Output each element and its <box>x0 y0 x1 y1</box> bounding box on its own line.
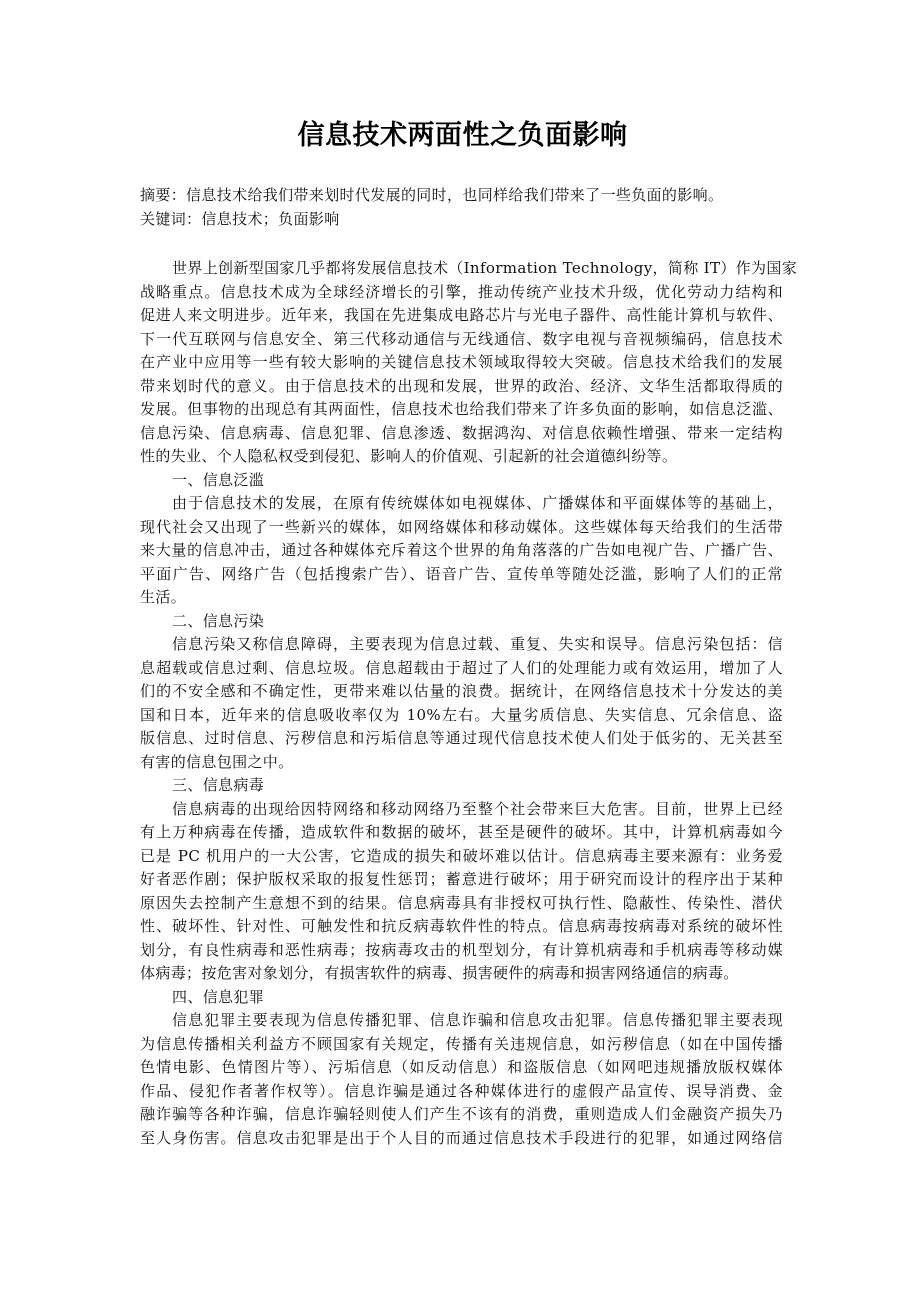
paragraph-line: 世界上创新型国家几乎都将发展信息技术（Information Technolog… <box>140 257 783 281</box>
paragraph-line: 现代社会又出现了一些新兴的媒体，如网络媒体和移动媒体。这些媒体每天给我们的生活带 <box>140 516 783 540</box>
document-title: 信息技术两面性之负面影响 <box>140 116 785 156</box>
paragraph-line: 下一代互联网与信息安全、第三代移动通信与无线通信、数字电视与音视频编码，信息技术 <box>140 328 783 352</box>
paragraph-line: 国和日本，近年来的信息吸收率仅为 10%左右。大量劣质信息、失实信息、冗余信息、… <box>140 704 783 728</box>
paragraph-line: 融诈骗等各种诈骗，信息诈骗轻则使人们产生不该有的消费，重则造成人们金融资产损失乃 <box>140 1103 783 1127</box>
paragraph-line: 信息犯罪主要表现为信息传播犯罪、信息诈骗和信息攻击犯罪。信息传播犯罪主要表现 <box>140 1009 783 1033</box>
keywords: 关键词：信息技术；负面影响 <box>140 208 800 232</box>
paragraph-line: 促进人来文明进步。近年来，我国在先进集成电路芯片与光电子器件、高性能计算机与软件… <box>140 304 783 328</box>
section-heading: 一、信息泛滥 <box>140 469 800 493</box>
paragraph-line: 带来划时代的意义。由于信息技术的出现和发展，世界的政治、经济、文华生活都取得质的 <box>140 375 783 399</box>
paragraph-line: 生活。 <box>140 586 800 610</box>
paragraph-line: 息超载或信息过剩、信息垃圾。信息超载由于超过了人们的处理能力或有效运用，增加了人 <box>140 657 783 681</box>
paragraph-line: 好者恶作剧；保护版权采取的报复性惩罚；蓄意进行破坏；用于研究而设计的程序出于某种 <box>140 868 783 892</box>
abstract: 摘要：信息技术给我们带来划时代发展的同时，也同样给我们带来了一些负面的影响。 <box>140 184 800 208</box>
paragraph-line: 版信息、过时信息、污秽信息和污垢信息等通过现代信息技术使人们处于低劣的、无关甚至 <box>140 727 783 751</box>
paragraph-line: 在产业中应用等一些有较大影响的关键信息技术领域取得较大突破。信息技术给我们的发展 <box>140 351 783 375</box>
paragraph-line: 作品、侵犯作者著作权等）。信息诈骗是通过各种媒体进行的虚假产品宣传、误导消费、金 <box>140 1080 783 1104</box>
paragraph-line: 信息污染又称信息障碍，主要表现为信息过载、重复、失实和误导。信息污染包括：信 <box>140 633 783 657</box>
section-heading: 二、信息污染 <box>140 610 800 634</box>
paragraph-line: 划分，有良性病毒和恶性病毒；按病毒攻击的机型划分，有计算机病毒和手机病毒等移动媒 <box>140 939 783 963</box>
paragraph-line: 至人身伤害。信息攻击犯罪是出于个人目的而通过信息技术手段进行的犯罪，如通过网络信 <box>140 1127 783 1151</box>
paragraph-line: 战略重点。信息技术成为全球经济增长的引擎，推动传统产业技术升级，优化劳动力结构和 <box>140 281 783 305</box>
section-heading: 三、信息病毒 <box>140 774 800 798</box>
paragraph-line: 由于信息技术的发展，在原有传统媒体如电视媒体、广播媒体和平面媒体等的基础上， <box>140 492 783 516</box>
paragraph-line: 色情电影、色情图片等）、污垢信息（如反动信息）和盗版信息（如网吧违规播放版权媒体 <box>140 1056 783 1080</box>
paragraph-line: 为信息传播相关利益方不顾国家有关规定，传播有关违规信息，如污秽信息（如在中国传播 <box>140 1033 783 1057</box>
paragraph-line: 信息病毒的出现给因特网络和移动网络乃至整个社会带来巨大危害。目前，世界上已经 <box>140 798 783 822</box>
paragraph-line: 平面广告、网络广告（包括搜索广告）、语音广告、宣传单等随处泛滥，影响了人们的正常 <box>140 563 783 587</box>
paragraph-line: 来大量的信息冲击，通过各种媒体充斥着这个世界的角角落落的广告如电视广告、广播广告… <box>140 539 783 563</box>
paragraph-line: 体病毒；按危害对象划分，有损害软件的病毒、损害硬件的病毒和损害网络通信的病毒。 <box>140 962 800 986</box>
paragraph-line: 有上万种病毒在传播，造成软件和数据的破坏，甚至是硬件的破坏。其中，计算机病毒如今 <box>140 821 783 845</box>
paragraph-line: 原因失去控制产生意想不到的结果。信息病毒具有非授权可执行性、隐蔽性、传染性、潜伏 <box>140 892 783 916</box>
paragraph-line: 信息污染、信息病毒、信息犯罪、信息渗透、数据鸿沟、对信息依赖性增强、带来一定结构 <box>140 422 783 446</box>
document-body: 世界上创新型国家几乎都将发展信息技术（Information Technolog… <box>140 257 800 1150</box>
document-meta: 摘要：信息技术给我们带来划时代发展的同时，也同样给我们带来了一些负面的影响。 关… <box>140 184 800 231</box>
section-heading: 四、信息犯罪 <box>140 986 800 1010</box>
paragraph-line: 们的不安全感和不确定性，更带来难以估量的浪费。据统计，在网络信息技术十分发达的美 <box>140 680 783 704</box>
paragraph-line: 已是 PC 机用户的一大公害，它造成的损失和破坏难以估计。信息病毒主要来源有：业… <box>140 845 783 869</box>
paragraph-line: 发展。但事物的出现总有其两面性，信息技术也给我们带来了许多负面的影响，如信息泛滥… <box>140 398 783 422</box>
paragraph-line: 性的失业、个人隐私权受到侵犯、影响人的价值观、引起新的社会道德纠纷等。 <box>140 445 800 469</box>
paragraph-line: 有害的信息包围之中。 <box>140 751 800 775</box>
paragraph-line: 性、破坏性、针对性、可触发性和抗反病毒软件性的特点。信息病毒按病毒对系统的破坏性 <box>140 915 783 939</box>
